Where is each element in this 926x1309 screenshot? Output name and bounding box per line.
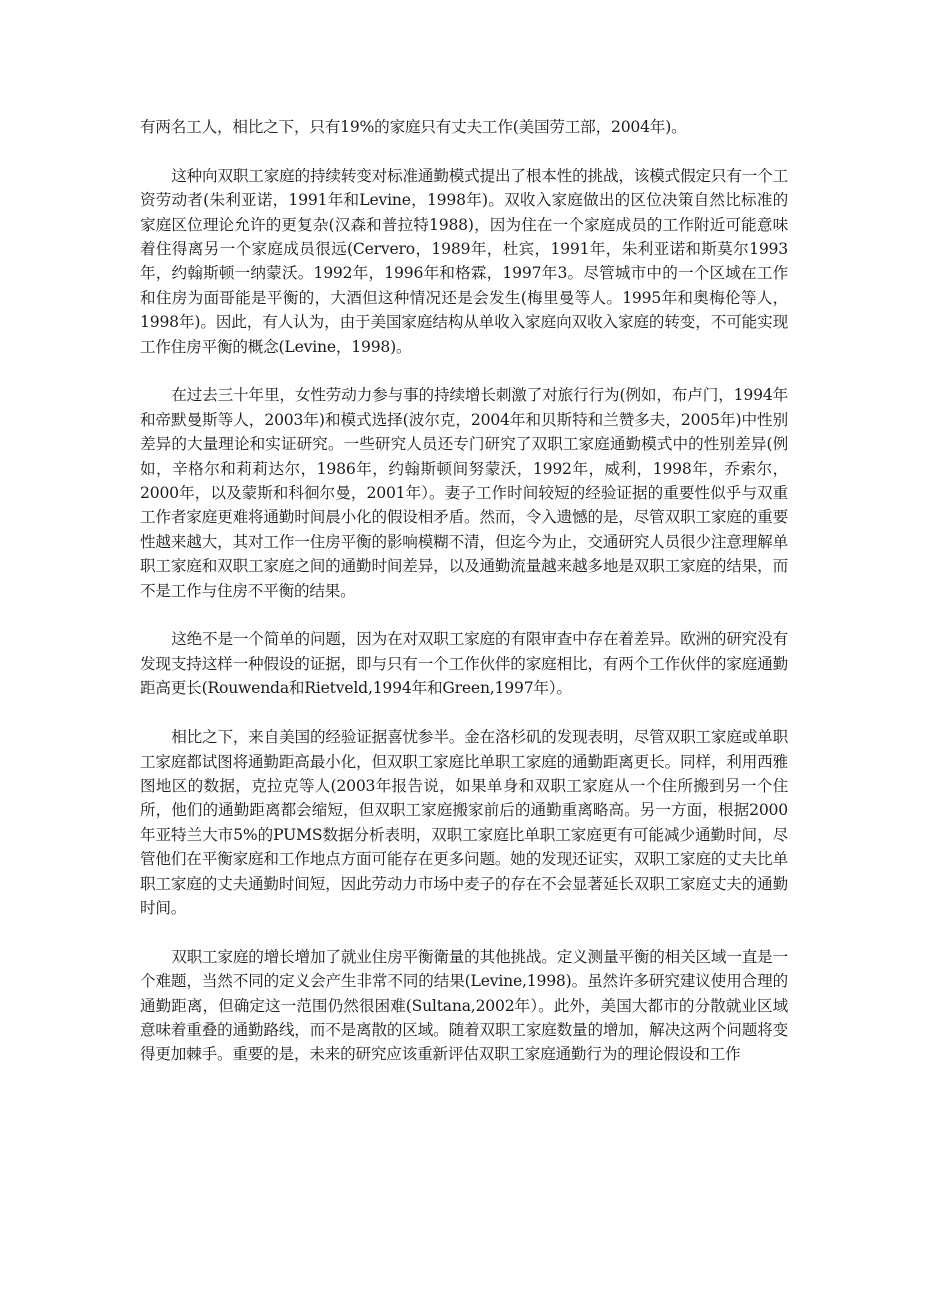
paragraph-us-evidence: 相比之下，来自美国的经验证据喜忧参半。金在洛杉矶的发现表明，尽管双职工家庭或单职… [140,725,788,920]
paragraph-european-research: 这绝不是一个简单的问题，因为在对双职工家庭的有限审查中存在着差异。欧洲的研究没有… [140,627,788,700]
paragraph-measurement-challenges: 双职工家庭的增长增加了就业住房平衡衛量的其他挑战。定义测量平衡的相关区域一直是一… [140,945,788,1067]
paragraph-gender-differences: 在过去三十年里，女性劳动力参与事的持续增长刺激了对旅行行为(例如，布卢门，199… [140,383,788,603]
document-page: 有两名工人，相比之下，只有19%的家庭只有丈夫工作(美国劳工部，2004年)。 … [140,115,788,1091]
paragraph-dual-earner-shift: 这种向双职工家庭的持续转变对标准通勤模式提出了根本性的挑战，该模式假定只有一个工… [140,164,788,359]
paragraph-continuation: 有两名工人，相比之下，只有19%的家庭只有丈夫工作(美国劳工部，2004年)。 [140,115,788,139]
